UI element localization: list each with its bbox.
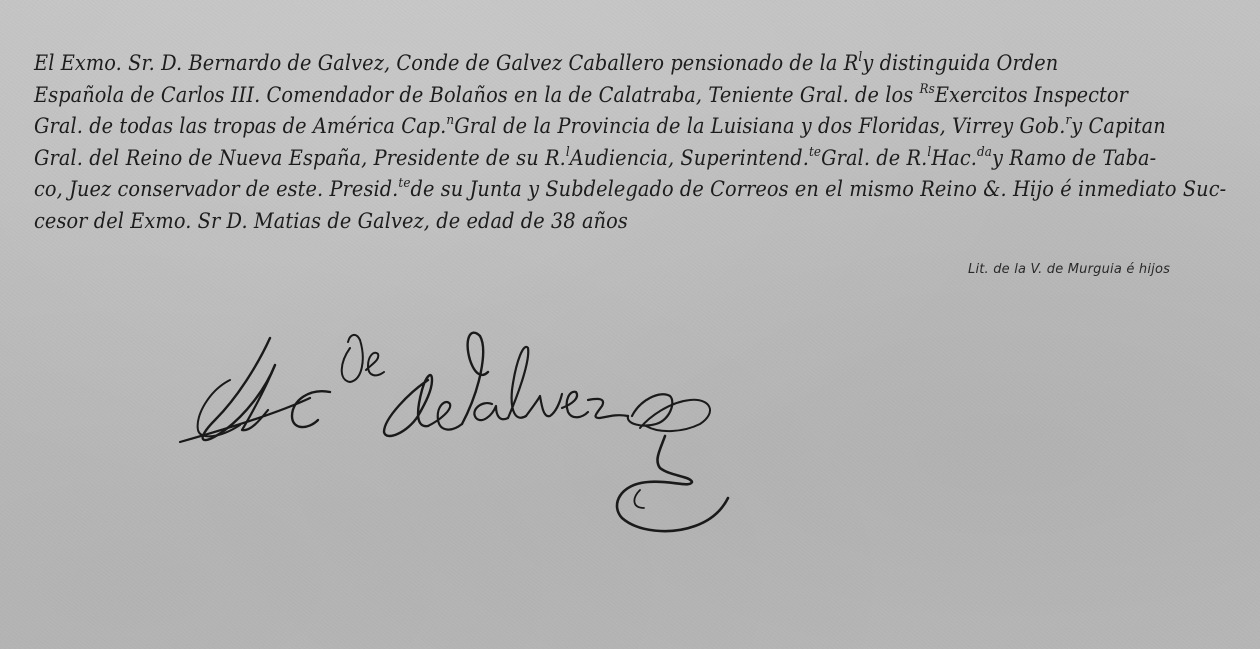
inscription-line-4: Gral. del Reino de Nueva España, Preside… bbox=[34, 143, 1149, 175]
text-run: Gral de la Provincia de la Luisiana y do… bbox=[454, 114, 1065, 138]
text-run: Gral. de R. bbox=[821, 146, 927, 170]
text-run: Exercitos Inspector bbox=[935, 83, 1128, 107]
text-run: de su Junta y Subdelegado de Correos en … bbox=[410, 177, 1226, 201]
superscript: Rs bbox=[920, 82, 935, 97]
text-run: y Capitan bbox=[1071, 114, 1165, 138]
superscript: n bbox=[446, 113, 454, 128]
inscription-line-3: Gral. de todas las tropas de América Cap… bbox=[34, 111, 1149, 143]
text-run: y distinguida Orden bbox=[862, 51, 1058, 75]
inscription-line-5: co, Juez conservador de este. Presid.ted… bbox=[34, 174, 1149, 206]
text-run: y Ramo de Taba- bbox=[992, 146, 1156, 170]
text-run: El Exmo. Sr. D. Bernardo de Galvez, Cond… bbox=[34, 51, 858, 75]
superscript: da bbox=[977, 145, 992, 160]
inscription-line-2: Española de Carlos III. Comendador de Bo… bbox=[34, 80, 1149, 112]
text-run: cesor del Exmo. Sr D. Matias de Galvez, … bbox=[34, 209, 628, 233]
text-run: Gral. de todas las tropas de América Cap… bbox=[34, 114, 446, 138]
inscription-line-1: El Exmo. Sr. D. Bernardo de Galvez, Cond… bbox=[34, 48, 1149, 80]
text-run: Española de Carlos III. Comendador de Bo… bbox=[34, 83, 920, 107]
text-run: Audiencia, Superintend. bbox=[570, 146, 809, 170]
lithographer-imprint: Lit. de la V. de Murguia é hijos bbox=[968, 262, 1170, 277]
text-run: Hac. bbox=[931, 146, 977, 170]
signature: El Cde de Galvez bbox=[170, 320, 1070, 560]
inscription-line-6: cesor del Exmo. Sr D. Matias de Galvez, … bbox=[34, 206, 1149, 238]
inscription-text-block: El Exmo. Sr. D. Bernardo de Galvez, Cond… bbox=[34, 48, 1149, 237]
superscript: te bbox=[809, 145, 821, 160]
text-run: co, Juez conservador de este. Presid. bbox=[34, 177, 398, 201]
superscript: te bbox=[398, 176, 410, 191]
document-page: El Exmo. Sr. D. Bernardo de Galvez, Cond… bbox=[0, 0, 1260, 649]
text-run: Gral. del Reino de Nueva España, Preside… bbox=[34, 146, 566, 170]
signature-flourish-icon bbox=[170, 320, 1070, 560]
